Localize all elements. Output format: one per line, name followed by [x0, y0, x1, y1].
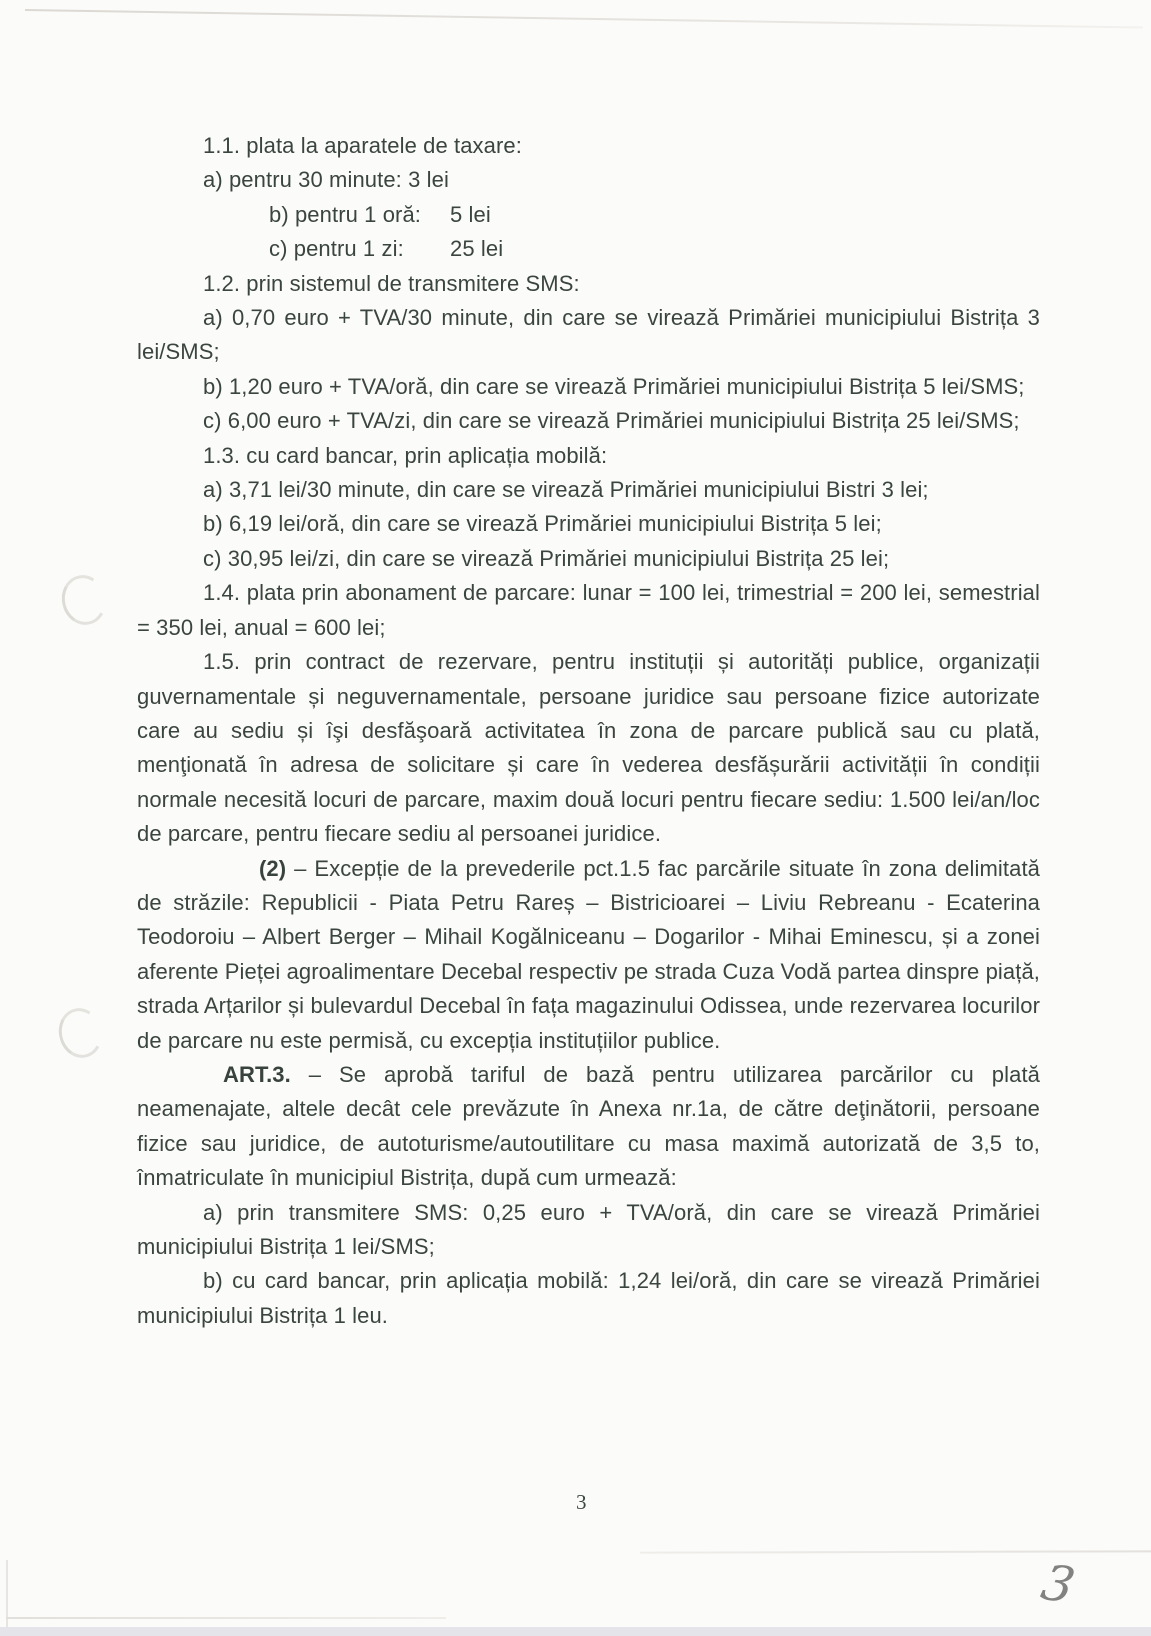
- paragraph: 1.3. cu card bancar, prin aplicația mobi…: [137, 439, 1040, 473]
- document-body: 1.1. plata la aparatele de taxare:a) pen…: [137, 129, 1040, 1333]
- paragraph-bold-prefix: (2): [259, 856, 286, 881]
- tariff-label: c) pentru 1 zi:: [203, 232, 450, 266]
- paragraph: a) prin transmitere SMS: 0,25 euro + TVA…: [137, 1196, 1040, 1265]
- paragraph: c) 30,95 lei/zi, din care se virează Pri…: [137, 542, 1040, 576]
- tariff-value: 25 lei: [450, 236, 503, 261]
- paragraph: 1.2. prin sistemul de transmitere SMS:: [137, 267, 1040, 301]
- paragraph: 1.5. prin contract de rezervare, pentru …: [137, 645, 1040, 851]
- hole-punch-mark-upper: [57, 570, 112, 629]
- paragraph: a) pentru 30 minute: 3 lei: [137, 163, 1040, 197]
- handwritten-page-mark: 3: [1036, 1554, 1109, 1622]
- paragraph: c) 6,00 euro + TVA/zi, din care se virea…: [137, 404, 1040, 438]
- paragraph: b) 6,19 lei/oră, din care se virează Pri…: [137, 507, 1040, 541]
- paragraph: c) pentru 1 zi:25 lei: [137, 232, 1040, 266]
- scan-edge-artifact-bottom-right: [640, 1550, 1151, 1553]
- scan-edge-artifact-left: [6, 1560, 8, 1628]
- page-number: 3: [576, 1490, 636, 1515]
- paragraph: 1.4. plata prin abonament de parcare: lu…: [137, 576, 1040, 645]
- paragraph: b) pentru 1 oră:5 lei: [137, 198, 1040, 232]
- paragraph: 1.1. plata la aparatele de taxare:: [137, 129, 1040, 163]
- paragraph: a) 0,70 euro + TVA/30 minute, din care s…: [137, 301, 1040, 370]
- paragraph-bold-prefix: ART.3.: [223, 1062, 291, 1087]
- scan-edge-artifact-top: [25, 9, 1143, 29]
- paragraph: b) 1,20 euro + TVA/oră, din care se vire…: [137, 370, 1040, 404]
- paragraph: ART.3. – Se aprobă tariful de bază pentr…: [137, 1058, 1040, 1196]
- scanned-document-page: { "colors": { "paper": "#fbfbf9", "ink":…: [0, 0, 1151, 1636]
- paragraph: b) cu card bancar, prin aplicația mobilă…: [137, 1264, 1040, 1333]
- tariff-label: b) pentru 1 oră:: [203, 198, 450, 232]
- scanner-background-strip: [0, 1627, 1151, 1636]
- hole-punch-mark-lower: [54, 1004, 108, 1063]
- tariff-value: 5 lei: [450, 202, 491, 227]
- paragraph: a) 3,71 lei/30 minute, din care se virea…: [137, 473, 1040, 507]
- scan-edge-artifact-bottom-left: [6, 1617, 446, 1619]
- paragraph: (2) – Excepție de la prevederile pct.1.5…: [137, 852, 1040, 1058]
